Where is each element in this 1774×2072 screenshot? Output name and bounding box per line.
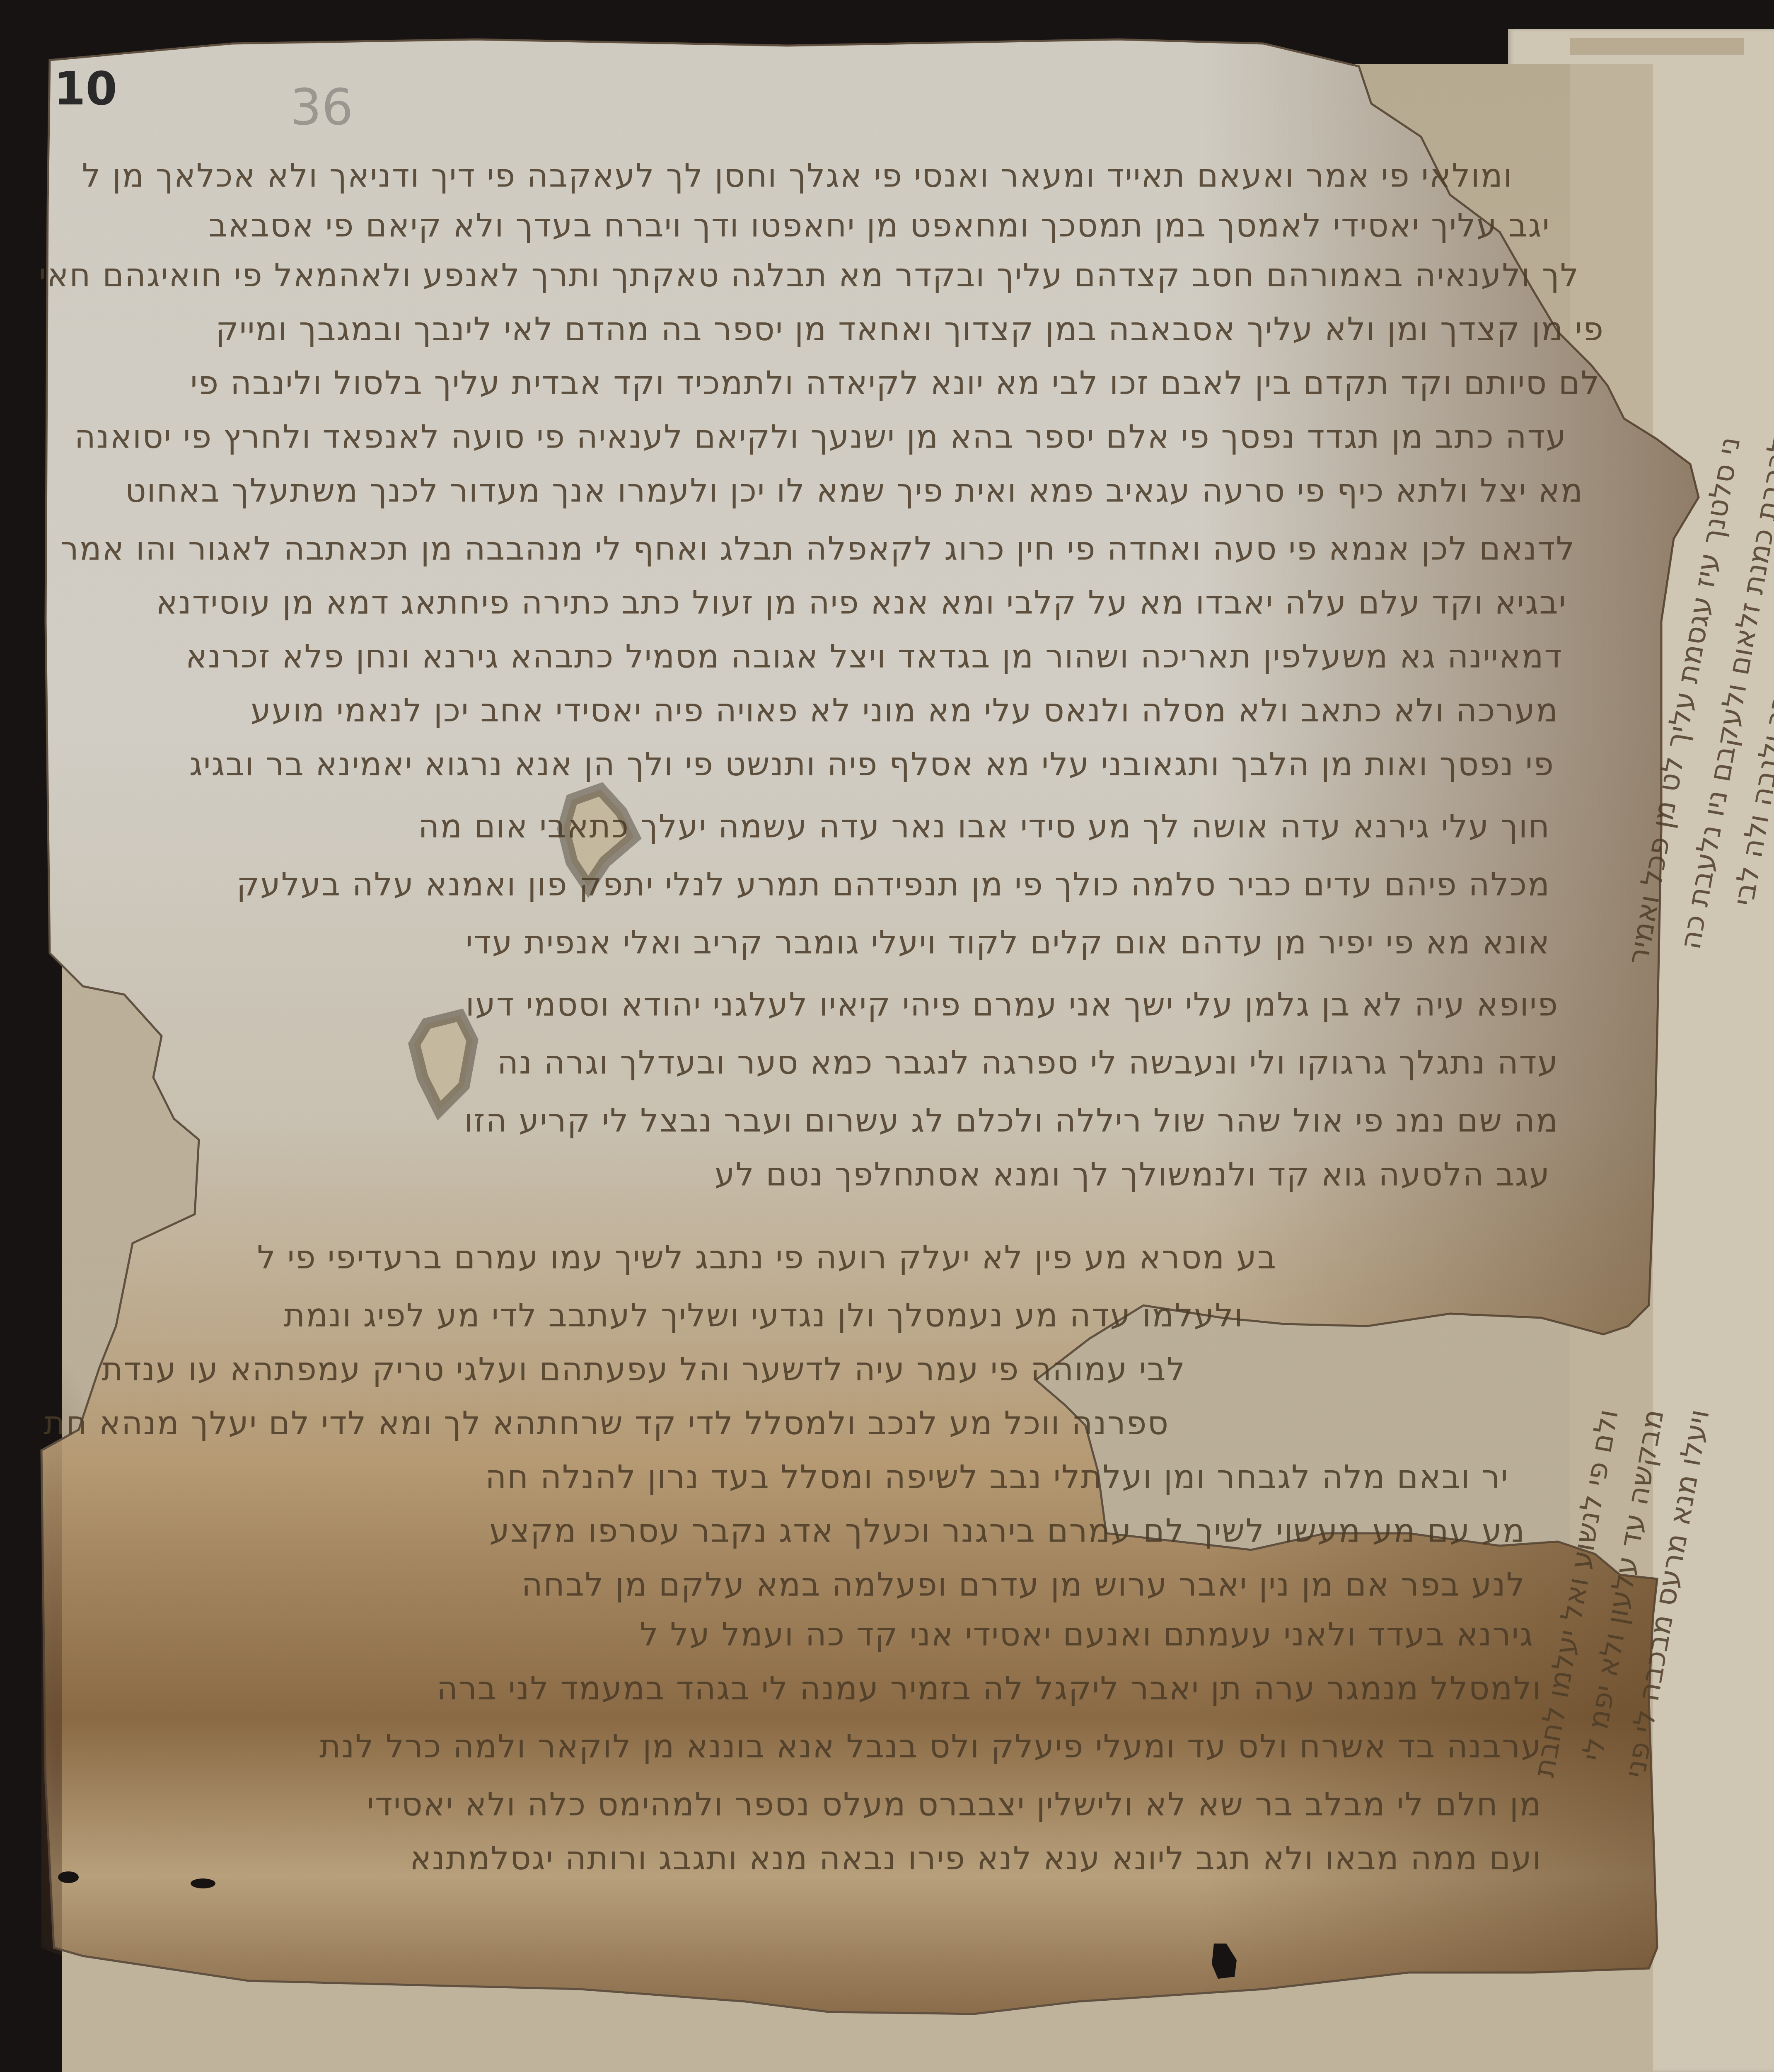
text-line: יר ובאם מלה לגבחר ומן ועלתלי נבב לשיפה ו… bbox=[162, 1459, 1509, 1496]
folio-number: 10 bbox=[54, 62, 117, 115]
text-line: פי נפסך ואות מן הלבך ותגאובני עלי מא אסל… bbox=[46, 746, 1554, 783]
text-line: לם סיותם וקד תקדם בין לאבם זכו לבי מא יו… bbox=[51, 365, 1600, 402]
text-line: ערבנה בד אשרח ולס עד ומעלי פיעלק ולס בנב… bbox=[100, 1728, 1542, 1765]
text-line: ספרנה ווכל מע לנכב ולמסלל לדי קד שרחתהא … bbox=[216, 1405, 1169, 1442]
text-line: חוך עלי גירנא עדה אושה לך מע סידי אבו נא… bbox=[51, 808, 1550, 845]
text-line: גירנא בעדד ולאני עעמתם ואנעם יאסידי אני … bbox=[104, 1616, 1534, 1653]
text-line: לך ולענאיה באמורהם חסב קצדהם עליך ובקדר … bbox=[55, 257, 1579, 294]
text-line: עדה נתגלך גרגוקו ולי ונעבשה לי ספרגה לנג… bbox=[212, 1044, 1559, 1082]
text-line: יגב עליך יאסידי לאמסך במן תמסכך ומחאפט מ… bbox=[59, 207, 1550, 244]
text-line: מה שם נמנ פי אול שהר שול ריללה ולכלם לג … bbox=[233, 1102, 1559, 1140]
text-line: מכלה פיהם עדים כביר סלמה כולך פי מן תנפי… bbox=[59, 866, 1550, 903]
text-line: לדנאם לכן אנמא פי סעה ואחדה פי חין כרוג … bbox=[42, 530, 1575, 568]
text-line: ועם ממה מבאו ולא תגב ליונא ענא לנא פירו … bbox=[100, 1840, 1542, 1877]
pencil-number: 36 bbox=[290, 79, 353, 136]
manuscript-fragment: 10 36 ומולאי פי אמר ואעאם תאייד ומעאר וא… bbox=[0, 0, 1774, 2072]
text-line: דמאיינה גא משעלפין תאריכה ושהור מן בגדאד… bbox=[51, 638, 1563, 675]
text-line: בע מסרא מע פין לא יעלק רועה פי נתבג לשיך… bbox=[220, 1239, 1277, 1276]
text-line: ולמסלל מנמגר ערה תן יאבר ליקגל לה בזמיר … bbox=[100, 1670, 1542, 1707]
text-line: ולעלמו עדה מע נעמסלך ולן נגדעי ושליך לעת… bbox=[208, 1297, 1244, 1334]
text-line: ומולאי פי אמר ואעאם תאייד ומעאר ואנסי פי… bbox=[63, 157, 1513, 195]
edge-hole-2 bbox=[191, 1878, 215, 1888]
edge-hole-1 bbox=[58, 1871, 79, 1883]
text-line: לבי עמוהה פי עמר עיה לדשער והל עפעתהם וע… bbox=[212, 1351, 1186, 1388]
text-line: לנע בפר אם מן נין יאבר ערוש מן עדרם ופעל… bbox=[117, 1566, 1525, 1604]
text-line: עדה כתב מן תגדד נפסך פי אלם יספר בהא מן … bbox=[55, 419, 1567, 456]
text-line: מן חלם לי מבלב בר שא לא ולישלין יצבברס מ… bbox=[100, 1786, 1542, 1823]
text-line: מערכה ולא כתאב ולא מסלה ולנאס עלי מא מונ… bbox=[51, 692, 1559, 729]
text-line: מא יצל ולתא כיף פי סרעה עגאיב פמא ואית פ… bbox=[51, 472, 1583, 510]
text-line: פיופא עיה לא בן גלמן עלי ישך אני עמרם פי… bbox=[100, 986, 1559, 1024]
text-line: יבגיא וקד עלם עלה יאבדו מא על קלבי ומא א… bbox=[55, 584, 1567, 622]
text-line: פי מן קצדך ומן ולא עליך אסבאבה במן קצדוך… bbox=[46, 311, 1604, 348]
text-line: מע עם מע מעשוי לשיך לם עמרם בירגנר וכעלך… bbox=[138, 1513, 1525, 1550]
text-line: אונא מא פי יפיר מן עדהם אום קלים לקוד וי… bbox=[75, 924, 1550, 961]
text-line: עגב הלסעה גוא קד ולנמשולך לך ומנא אסתחלפ… bbox=[204, 1156, 1550, 1193]
